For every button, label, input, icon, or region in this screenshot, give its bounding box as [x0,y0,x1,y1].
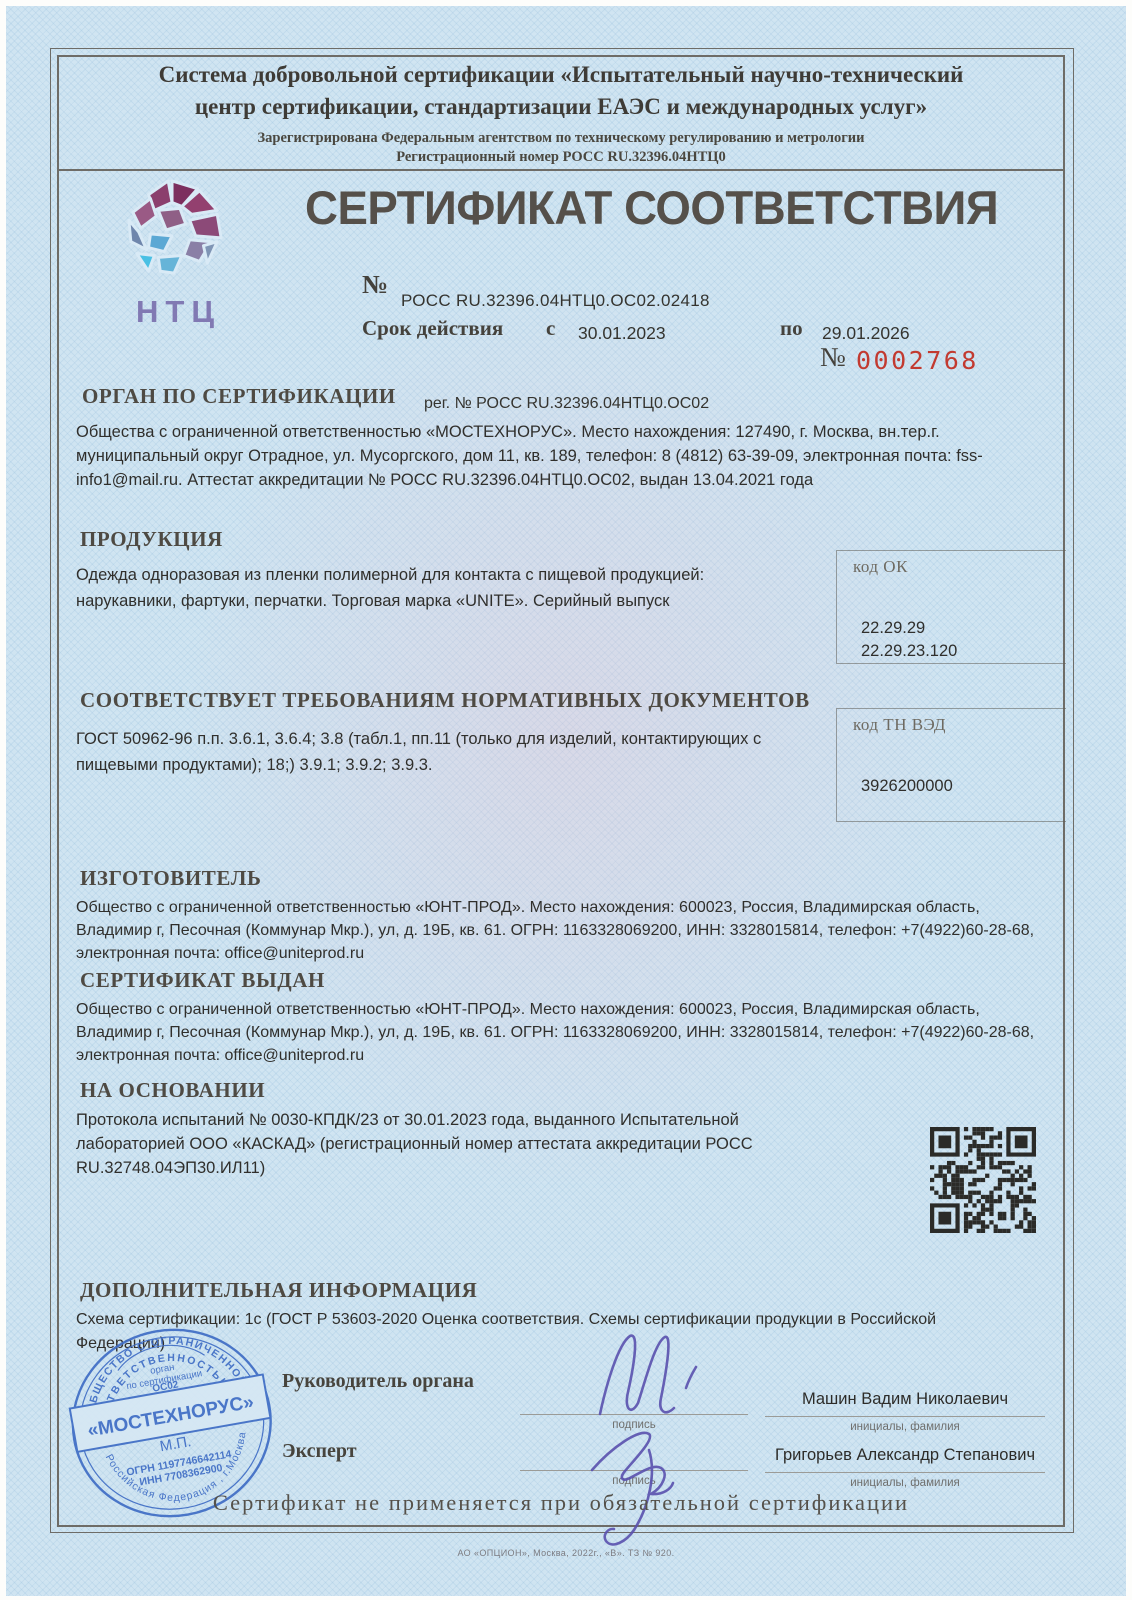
head-role-label: Руководитель органа [282,1370,474,1393]
validity-to-date: 29.01.2026 [822,323,910,344]
section-heading-issued-to: СЕРТИФИКАТ ВЫДАН [80,968,325,993]
issued-to-text: Общество с ограниченной ответственностью… [76,998,1051,1067]
form-number-label: № [820,342,846,373]
ok-code-label: код ОК [853,557,908,577]
expert-signature-caption: подпись [520,1475,748,1487]
expert-name: Григорьев Александр Степанович [765,1446,1045,1465]
header-divider [59,169,1063,171]
tnved-code-box: код ТН ВЭД 3926200000 [836,708,1066,822]
validity-to-label: по [780,316,803,341]
registered-by-line: Зарегистрирована Федеральным агентством … [60,130,1062,147]
head-name: Машин Вадим Николаевич [765,1390,1045,1409]
section-heading-certification-body: ОРГАН ПО СЕРТИФИКАЦИИ [82,384,396,409]
footer-note: Сертификат не применяется при обязательн… [60,1490,1062,1516]
system-name-line2: центр сертификации, стандартизации ЕАЭС … [60,94,1062,120]
section-heading-product: ПРОДУКЦИЯ [80,527,223,552]
ok-code-value-1: 22.29.29 [861,617,957,640]
section-heading-compliance: СООТВЕТСТВУЕТ ТРЕБОВАНИЯМ НОРМАТИВНЫХ ДО… [80,688,810,713]
head-signature-caption: подпись [520,1419,748,1431]
section-heading-basis: НА ОСНОВАНИИ [80,1078,265,1103]
certification-body-text: Общества с ограниченной ответственностью… [76,420,1024,492]
certificate-page: Система добровольной сертификации «Испыт… [0,0,1132,1600]
cert-number-value: РОСС RU.32396.04НТЦ0.ОС02.02418 [401,291,710,311]
expert-name-caption: инициалы, фамилия [765,1477,1045,1489]
compliance-text: ГОСТ 50962-96 п.п. 3.6.1, 3.6.4; 3.8 (та… [76,726,806,778]
head-signature-line [520,1414,748,1415]
ok-code-values: 22.29.29 22.29.23.120 [861,617,957,663]
validity-from-label: с [546,316,555,341]
expert-role-label: Эксперт [282,1440,357,1463]
section-heading-additional-info: ДОПОЛНИТЕЛЬНАЯ ИНФОРМАЦИЯ [80,1278,477,1303]
validity-from-date: 30.01.2023 [578,323,666,344]
ok-code-value-2: 22.29.23.120 [861,640,957,663]
expert-signature-line [520,1470,748,1471]
tnved-code-value: 3926200000 [861,775,953,798]
form-number-value: 0002768 [856,346,979,375]
ntc-gem-logo-icon [120,177,230,280]
system-name-line1: Система добровольной сертификации «Испыт… [60,62,1062,88]
head-name-caption: инициалы, фамилия [765,1421,1045,1433]
ok-code-box: код ОК 22.29.29 22.29.23.120 [836,550,1066,664]
section-heading-manufacturer: ИЗГОТОВИТЕЛЬ [80,866,261,891]
head-name-line [765,1416,1045,1417]
page-title: СЕРТИФИКАТ СООТВЕТСТВИЯ [305,180,1013,235]
qr-code [930,1127,1036,1233]
validity-label: Срок действия [362,316,503,341]
basis-text: Протокола испытаний № 0030-КПДК/23 от 30… [76,1108,796,1180]
tnved-code-label: код ТН ВЭД [853,715,946,735]
product-text: Одежда одноразовая из пленки полимерной … [76,562,776,614]
registration-number-line: Регистрационный номер РОСС RU.32396.04НТ… [60,149,1062,166]
certification-body-reg-note: рег. № РОСС RU.32396.04НТЦ0.ОС02 [424,395,709,413]
print-info: АО «ОПЦИОН», Москва, 2022г., «В». ТЗ № 9… [0,1548,1132,1558]
cert-number-label: № [362,270,388,300]
manufacturer-text: Общество с ограниченной ответственностью… [76,896,1051,965]
ntc-logo-caption: НТЦ [104,294,246,330]
expert-name-line [765,1472,1045,1473]
